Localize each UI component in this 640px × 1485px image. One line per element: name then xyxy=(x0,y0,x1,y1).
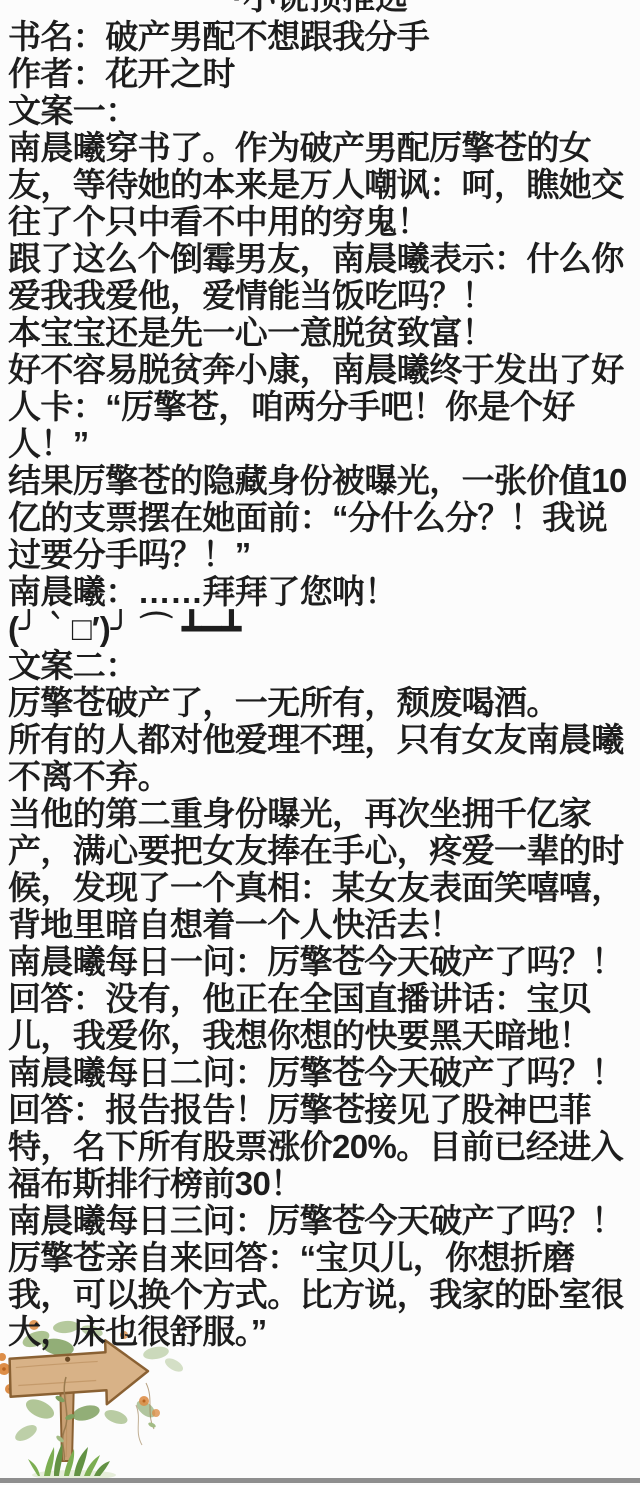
text-line: 人！” xyxy=(8,425,640,462)
text-line: 结果厉擎苍的隐藏身份被曝光，一张价值10 xyxy=(8,462,640,499)
text-line: 不离不弃。 xyxy=(8,758,640,795)
text-line: 儿，我爱你，我想你想的快要黑天暗地！ xyxy=(8,1017,640,1054)
text-line: 所有的人都对他爱理不理，只有女友南晨曦 xyxy=(8,721,640,758)
text-line: 厉擎苍亲自来回答：“宝贝儿，你想折磨 xyxy=(8,1239,640,1276)
text-line: 跟了这么个倒霉男友，南晨曦表示：什么你 xyxy=(8,240,640,277)
text-line: 大，床也很舒服。” xyxy=(8,1313,640,1350)
text-line: 南晨曦：……拜拜了您呐！ xyxy=(8,573,640,610)
text-line: 背地里暗自想着一个人快活去！ xyxy=(8,906,640,943)
text-line: 我，可以换个方式。比方说，我家的卧室很 xyxy=(8,1276,640,1313)
text-line: 爱我我爱他，爱情能当饭吃吗？！ xyxy=(8,277,640,314)
table-flip-kaomoji: (╯｀□′)╯ ⌒ ┻━┻ xyxy=(8,610,640,647)
reader-page: ·小说预推选 书名：破产男配不想跟我分手 作者：花开之时 文案一： 南晨曦穿书了… xyxy=(0,0,640,1485)
text-line: 回答：报告报告！厉擎苍接见了股神巴菲 xyxy=(8,1091,640,1128)
text-line: 候，发现了一个真相：某女友表面笑嘻嘻， xyxy=(8,869,640,906)
text-line: 当他的第二重身份曝光，再次坐拥千亿家 xyxy=(8,795,640,832)
text-line: 友，等待她的本来是万人嘲讽：呵，瞧她交 xyxy=(8,166,640,203)
text-line: 本宝宝还是先一心一意脱贫致富！ xyxy=(8,314,640,351)
text-line: 南晨曦穿书了。作为破产男配厉擎苍的女 xyxy=(8,129,640,166)
text-line: 亿的支票摆在她面前：“分什么分？！我说 xyxy=(8,499,640,536)
text-line: 过要分手吗？！” xyxy=(8,536,640,573)
text-line: 厉擎苍破产了，一无所有，颓废喝酒。 xyxy=(8,684,640,721)
text-line: 人卡：“厉擎苍，咱两分手吧！你是个好 xyxy=(8,388,640,425)
blurb-two-label: 文案二： xyxy=(8,647,640,684)
blurb-one-label: 文案一： xyxy=(8,92,640,129)
text-line: 南晨曦每日二问：厉擎苍今天破产了吗？！ xyxy=(8,1054,640,1091)
text-line: 特，名下所有股票涨价20%。目前已经进入 xyxy=(8,1128,640,1165)
text-line: 回答：没有，他正在全国直播讲话：宝贝 xyxy=(8,980,640,1017)
text-line: 南晨曦每日三问：厉擎苍今天破产了吗？！ xyxy=(8,1202,640,1239)
text-line: 福布斯排行榜前30！ xyxy=(8,1165,640,1202)
text-line: 往了个只中看不中用的穷鬼！ xyxy=(8,203,640,240)
book-title-line: 书名：破产男配不想跟我分手 xyxy=(8,18,640,55)
author-line: 作者：花开之时 xyxy=(8,55,640,92)
text-line: 产，满心要把女友捧在手心，疼爱一辈的时 xyxy=(8,832,640,869)
text-line: 好不容易脱贫奔小康，南晨曦终于发出了好 xyxy=(8,351,640,388)
blurb-text-block: 书名：破产男配不想跟我分手 作者：花开之时 文案一： 南晨曦穿书了。作为破产男配… xyxy=(8,18,640,1350)
text-line: 南晨曦每日一问：厉擎苍今天破产了吗？！ xyxy=(8,943,640,980)
clipped-top-title: ·小说预推选 xyxy=(232,0,408,16)
bottom-edge-bar xyxy=(0,1478,640,1483)
